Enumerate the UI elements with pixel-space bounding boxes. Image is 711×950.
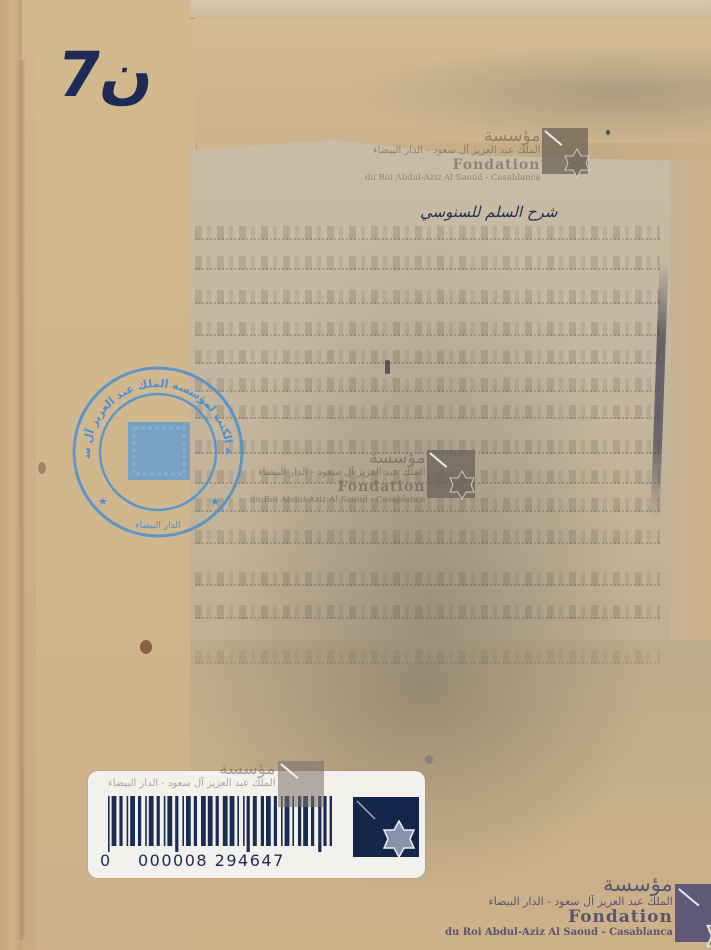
foundation-watermark: مؤسسة الملك عبد العزيز آل سعود - الدار ا… — [108, 761, 326, 807]
watermark-french-name: Fondation — [250, 480, 425, 494]
star-icon — [384, 821, 414, 857]
manuscript-text-line — [195, 322, 660, 336]
manuscript-text-line — [195, 350, 660, 364]
watermark-arabic-name: مؤسسة — [108, 761, 276, 778]
top-paper-area — [195, 18, 711, 143]
manuscript-text-line — [195, 605, 660, 619]
star-icon: ★ — [210, 495, 220, 508]
foundation-watermark: مؤسسة الملك عبد العزيز آل سعود - الدار ا… — [365, 128, 590, 183]
star-icon — [562, 148, 592, 178]
watermark-arabic-subtitle: الملك عبد العزيز آل سعود - الدار البيضاء — [445, 896, 673, 907]
watermark-text: مؤسسة الملك عبد العزيز آل سعود - الدار ا… — [250, 450, 425, 505]
library-stamp: خزانة الكتب لمؤسسة الملك عبد العزيز آل س… — [68, 360, 248, 540]
star-icon: ★ — [98, 495, 108, 508]
barcode-label: 0 000008 294647 مؤسسة الملك عبد العزيز آ… — [88, 771, 425, 878]
ink-stain — [425, 755, 433, 764]
watermark-french-subtitle: du Roi Abdul-Aziz Al Saoud - Casablanca — [250, 496, 425, 505]
watermark-text: مؤسسة الملك عبد العزيز آل سعود - الدار ا… — [365, 128, 540, 183]
watermark-text: مؤسسة الملك عبد العزيز آل سعود - الدار ا… — [108, 761, 276, 789]
foundation-logo-icon — [278, 761, 326, 807]
watermark-french-name: Fondation — [365, 158, 540, 172]
barcode-number: 000008 294647 — [138, 851, 285, 870]
foundation-logo-icon — [542, 128, 590, 178]
star-icon — [703, 914, 711, 950]
watermark-arabic-subtitle: الملك عبد العزيز آل سعود - الدار البيضاء — [250, 468, 425, 478]
watermark-french-name: Fondation — [445, 909, 673, 926]
handwritten-call-number: ﻥ7 — [53, 38, 159, 111]
top-paper-strip — [190, 0, 711, 19]
foundation-logo-icon — [353, 797, 419, 857]
watermark-arabic-subtitle: الملك عبد العزيز آل سعود - الدار البيضاء — [365, 146, 540, 156]
manuscript-text-line — [195, 650, 660, 664]
manuscript-text-line — [195, 530, 660, 544]
manuscript-text-line — [195, 378, 660, 392]
foundation-logo-icon — [427, 450, 477, 502]
foundation-watermark-main: مؤسسة الملك عبد العزيز آل سعود - الدار ا… — [445, 874, 711, 950]
spine-crease — [18, 60, 26, 940]
watermark-text: مؤسسة الملك عبد العزيز آل سعود - الدار ا… — [445, 874, 673, 938]
watermark-arabic-name: مؤسسة — [445, 874, 673, 895]
watermark-arabic-name: مؤسسة — [250, 450, 425, 467]
manuscript-text-line — [195, 572, 660, 586]
manuscript-text-line — [195, 256, 660, 270]
manuscript-text-line — [195, 226, 660, 240]
foundation-logo-icon — [675, 874, 711, 950]
manuscript-text-line — [195, 405, 660, 419]
manuscript-text-line — [195, 290, 660, 304]
star-icon — [447, 470, 477, 500]
ink-stain — [38, 462, 46, 474]
foundation-watermark: مؤسسة الملك عبد العزيز آل سعود - الدار ا… — [250, 450, 477, 505]
ink-stain — [140, 640, 152, 654]
manuscript-title: شرح السلم للسنوسي — [420, 203, 557, 221]
barcode-check-digit: 0 — [100, 851, 110, 870]
stamp-bottom-text: الدار البيضاء — [135, 521, 180, 531]
watermark-french-subtitle: du Roi Abdul-Aziz Al Saoud - Casablanca — [445, 928, 673, 938]
watermark-arabic-name: مؤسسة — [365, 128, 540, 145]
watermark-french-subtitle: du Roi Abdul-Aziz Al Saoud - Casablanca — [365, 174, 540, 183]
ink-stain — [606, 130, 610, 135]
scanned-page: ﻥ7 شرح السلم للسنوسي مؤسسة الملك عبد الع… — [0, 0, 711, 950]
watermark-arabic-subtitle: الملك عبد العزيز آل سعود - الدار البيضاء — [108, 779, 276, 789]
